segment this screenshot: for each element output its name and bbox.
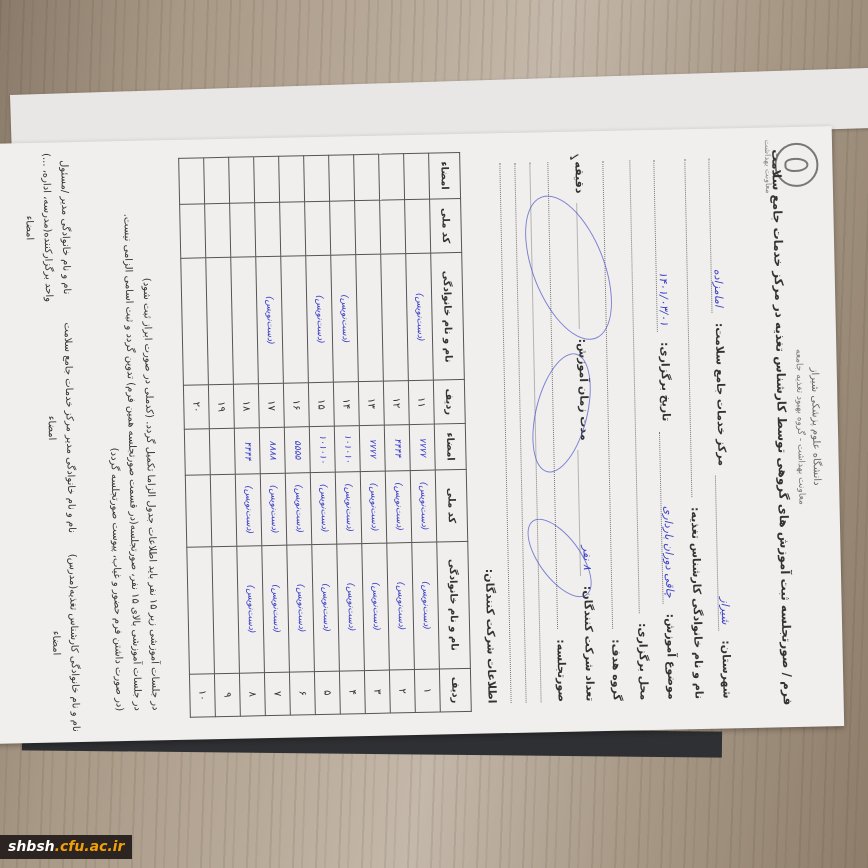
footer-label: نام و نام خانوادگی کارشناس تغذیه(مدرس) [62, 554, 84, 732]
field-value-date: ۱۴۰۱/۰۳/۰۱ [653, 160, 671, 333]
table-cell: ۱۵ [308, 383, 334, 427]
column-header: ردیف [439, 668, 471, 712]
table-cell: ۱۱ [408, 381, 434, 425]
table-cell: ۱۹ [208, 385, 234, 429]
table-cell [231, 257, 259, 385]
field-row: موضوع آموزش: چاقی دوران بارداری تاریخ بر… [653, 160, 678, 700]
table-cell [210, 474, 236, 546]
table-cell [204, 157, 230, 203]
table-cell [181, 258, 209, 386]
form-fields: شهرستان: شیراز مرکز خدمات جامع سلامت: ام… [485, 158, 733, 703]
table-cell: ۶ [289, 671, 315, 715]
footer-label: نام و نام خانوادگی مدیر مرکز خدمات جامع … [58, 322, 80, 533]
column-header: امضاء [434, 423, 466, 470]
table-cell [230, 202, 256, 257]
table-cell [279, 156, 305, 202]
notes: در جلسات آموزشی زیر ۱۵ نفر باید اطلاعات … [98, 170, 163, 711]
table-cell [305, 201, 331, 256]
footer-block: نام و نام خانوادگی مدیر مرکز خدمات جامع … [22, 322, 80, 534]
table-cell [280, 201, 306, 256]
table-cell: ۵۵۵۵ [284, 426, 310, 473]
table-cell [209, 428, 235, 475]
footer-block: نام و نام خانوادگی مدیر /مسئول واحد برگز… [18, 152, 75, 302]
participants-table: ردیفنام و نام خانوادگیکد ملیامضاءردیفنام… [178, 152, 472, 718]
table-cell: ۱۷ [258, 384, 284, 428]
form-header: دانشگاه علوم پزشکی شیراز معاونت بهداشت -… [765, 126, 830, 727]
field-label-location: محل برگزاری: [636, 623, 651, 700]
table-cell: (دست‌نویس) [410, 470, 436, 542]
table-cell [329, 155, 355, 201]
table-cell: ۱۸ [233, 384, 259, 428]
table-cell: ۴ [339, 670, 365, 714]
footer-block: نام و نام خانوادگی کارشناس تغذیه(مدرس) ا… [26, 554, 84, 733]
field-row: محل برگزاری: [626, 160, 650, 700]
field-value-center: امامزاده [708, 158, 725, 313]
column-header: نام و نام خانوادگی [431, 253, 465, 381]
table-body: ۱(دست‌نویس)(دست‌نویس)۷۷۷۷۱۱(دست‌نویس)۲(د… [179, 153, 441, 717]
field-label-expert: نام و نام خانوادگی کارشناس تغذیه: [689, 507, 706, 699]
table-cell: (دست‌نویس) [256, 256, 284, 384]
table-cell: (دست‌نویس) [362, 543, 390, 671]
table-cell: (دست‌نویس) [360, 471, 386, 543]
table-cell [355, 200, 381, 255]
table-cell [356, 254, 384, 382]
table-cell: (دست‌نویس) [262, 545, 290, 673]
field-label-target-group: گروه هدف: [609, 639, 623, 701]
table-cell: ۵ [314, 671, 340, 715]
column-header: امضاء [429, 152, 461, 198]
column-header: ردیف [433, 380, 465, 424]
footer-label: نام و نام خانوادگی مدیر /مسئول [54, 152, 75, 301]
signature-footer: نام و نام خانوادگی کارشناس تغذیه(مدرس) ا… [18, 142, 85, 743]
table-cell: ۱۰۱۰۱۰ [309, 426, 335, 473]
table-cell: (دست‌نویس) [235, 474, 261, 546]
minutes-line [499, 163, 511, 703]
field-label-city: شهرستان: [719, 640, 733, 698]
table-cell: ۱۶ [283, 383, 309, 427]
table-cell [304, 155, 330, 201]
table-cell [379, 154, 405, 200]
table-cell: ۲۰ [183, 385, 209, 429]
watermark-part1: shbsh [8, 839, 55, 855]
table-cell [229, 157, 255, 203]
field-label-participants: تعداد شرکت کنندگان: [581, 586, 596, 702]
field-label-date: تاریخ برگزاری: [658, 342, 673, 422]
page-number: ۲ [0, 154, 1, 160]
table-cell: ۱۴ [333, 382, 359, 426]
table-cell [380, 199, 406, 254]
field-row: گروه هدف: [599, 161, 623, 701]
table-cell: ۸۸۸۸ [259, 427, 285, 474]
table-cell: ۱ [414, 669, 440, 713]
table-cell [381, 254, 409, 382]
table-cell: (دست‌نویس) [335, 472, 361, 544]
table-cell [405, 199, 431, 254]
table-cell: (دست‌نویس) [312, 544, 340, 672]
table-cell: (دست‌نویس) [237, 545, 265, 673]
table-cell: (دست‌نویس) [310, 472, 336, 544]
participants-title: اطلاعات شرکت کنندگان: [483, 569, 499, 704]
column-header: نام و نام خانوادگی [437, 541, 471, 669]
form-page: معاونت بهداشت دانشگاه علوم پزشکی شیراز م… [0, 126, 844, 744]
form-sheet: معاونت بهداشت دانشگاه علوم پزشکی شیراز م… [0, 126, 844, 744]
table-cell: ۷۷۷۷ [409, 424, 435, 471]
table-cell: (دست‌نویس) [385, 471, 411, 543]
table-cell: ۳ [364, 670, 390, 714]
table-cell [212, 546, 240, 674]
table-cell: (دست‌نویس) [287, 544, 315, 672]
table-cell [330, 200, 356, 255]
table-cell: ۸ [239, 672, 265, 716]
field-value-topic: چاقی دوران بارداری [659, 431, 677, 604]
field-row [499, 163, 511, 703]
field-value-city: شیراز [715, 476, 732, 631]
table-cell: (دست‌نویس) [260, 473, 286, 545]
table-cell [205, 203, 231, 258]
table-cell: ۱۲ [383, 381, 409, 425]
field-label-center: مرکز خدمات جامع سلامت: [713, 323, 729, 466]
table-cell [187, 546, 215, 674]
table-cell: ۲ [389, 669, 415, 713]
table-cell: (دست‌نویس) [306, 255, 334, 383]
field-value-location [629, 160, 639, 613]
field-value-target-group [602, 161, 613, 629]
table-cell: (دست‌نویس) [337, 543, 365, 671]
field-row: شهرستان: شیراز مرکز خدمات جامع سلامت: ام… [708, 158, 733, 698]
table-cell: ۴۴۴۴ [234, 427, 260, 474]
table-cell: ۹ [214, 673, 240, 717]
table-cell: ۱۳ [358, 382, 384, 426]
table-cell: (دست‌نویس) [412, 542, 440, 670]
field-label-minutes-record: صورتجلسه: [554, 639, 568, 702]
watermark-part2: .cfu.ac.ir [55, 839, 125, 855]
table-cell [254, 156, 280, 202]
table-cell [206, 258, 234, 386]
field-row: نام و نام خانوادگی کارشناس تغذیه: [681, 159, 705, 699]
table-cell: ۷ [264, 672, 290, 716]
table-cell [255, 202, 281, 257]
table-cell: (دست‌نویس) [285, 473, 311, 545]
table-cell: ۱۰۱۰۱۰ [334, 425, 360, 472]
table-cell: ۴۴۴۴ [384, 424, 410, 471]
table-cell [185, 475, 211, 547]
table-cell [184, 428, 210, 475]
column-header: کد ملی [430, 198, 462, 253]
table-cell: (دست‌نویس) [387, 542, 415, 670]
watermark: shbsh.cfu.ac.ir [0, 835, 132, 859]
table-cell: (دست‌نویس) [406, 253, 434, 381]
field-value-expert [684, 159, 692, 497]
field-label-topic: موضوع آموزش: [664, 614, 679, 700]
table-cell [404, 153, 430, 199]
table-cell: ۱۰ [189, 674, 215, 718]
footer-label: واحد برگزارکننده(مدرسه، اداره، ...) [36, 153, 57, 302]
table-cell [354, 154, 380, 200]
table-cell: ۷۷۷۷ [359, 425, 385, 472]
table-cell [179, 158, 205, 204]
column-header: کد ملی [435, 469, 467, 541]
table-cell [180, 203, 206, 258]
table-cell: (دست‌نویس) [331, 255, 359, 383]
table-cell [281, 256, 309, 384]
